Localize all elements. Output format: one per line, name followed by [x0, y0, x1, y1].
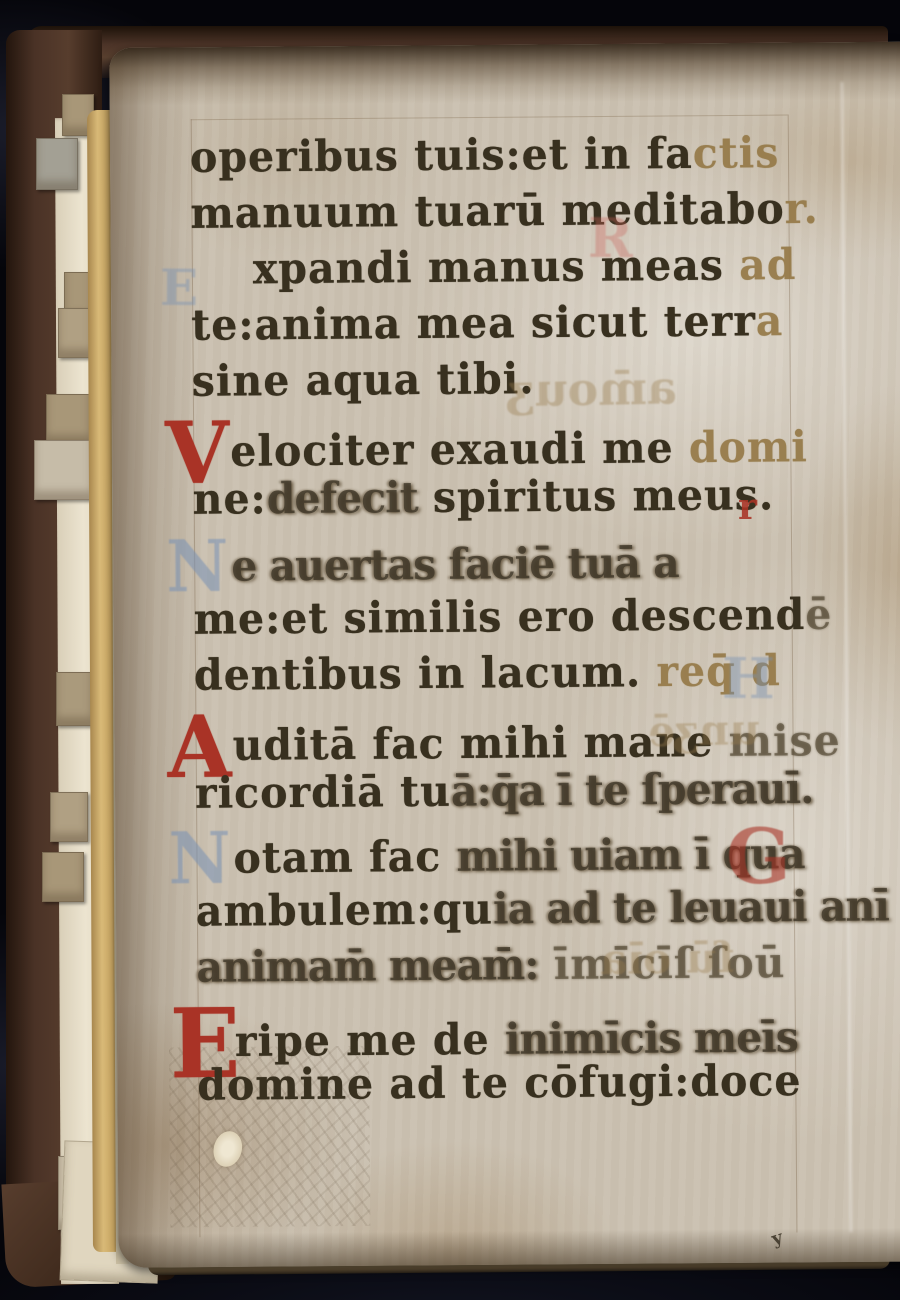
text-segment: ambulem:qu — [196, 884, 493, 936]
text-segment: īmīcīſ ſoū — [538, 938, 785, 990]
manuscript-text-line: manuum tuarū meditabor. — [190, 179, 830, 242]
manuscript-text-line: Ne auertas faciē tuā a — [193, 529, 833, 592]
text-segment: animam̄ meam̄: — [196, 940, 538, 993]
manuscript-text-line: animam̄ meam̄: īmīcīſ ſoū — [196, 933, 836, 996]
text-segment: e auertas faciē tuā a — [231, 538, 679, 591]
manuscript-text-line: sine aqua tibi. — [192, 347, 832, 410]
manuscript-text-line: ne:defecit spiritus meus. — [192, 465, 832, 528]
manuscript-text-line: te:anima mea sicut terra — [191, 291, 831, 354]
bottom-edge-shadow — [118, 1228, 900, 1268]
text-segment: otam fac — [233, 831, 456, 883]
parchment-tab — [58, 308, 92, 358]
manuscript-photo-scene: operibus tuis:et in factismanuum tuarū m… — [0, 0, 900, 1300]
text-segment: domine ad te cōfugi:doce — [197, 1056, 802, 1111]
manuscript-text-line: ricordiā tuā:q̄a ī te ſperauī. — [195, 759, 835, 822]
manuscript-text-line: Notam fac mihi uiam ī qua — [195, 821, 835, 884]
text-segment: req̄ d — [641, 646, 781, 697]
parchment-tab — [34, 440, 92, 500]
parchment-tab — [46, 394, 90, 444]
parchment-tab — [36, 138, 78, 190]
manuscript-text-line: Eripe me de inimīcis meīs — [197, 995, 837, 1058]
manuscript-page: operibus tuis:et in factismanuum tuarū m… — [109, 42, 900, 1268]
text-segment: me:et similis ero descend — [193, 589, 805, 644]
manuscript-text-line: domine ad te cōfugi:doce — [197, 1051, 837, 1114]
text-segment: r. — [784, 183, 819, 233]
text-segment: ad — [739, 240, 797, 290]
text-segment: dentibus in lacum. — [194, 647, 642, 700]
parchment-tab — [50, 792, 88, 842]
manuscript-text-line: me:et similis ero descendē — [193, 585, 833, 648]
text-segment: a — [756, 296, 784, 346]
manuscript-text-line: xpandi manus meas ad — [191, 235, 831, 298]
manuscript-text-line: ambulem:quia ad te leuaui anī — [196, 877, 836, 940]
manuscript-text-line: Auditā fac mihi mane mise — [194, 703, 834, 766]
text-segment: xpandi manus meas — [253, 240, 740, 294]
manuscript-text-line: dentibus in lacum. req̄ d — [194, 641, 834, 704]
text-segment: ē — [805, 589, 832, 639]
illuminated-initial: N — [168, 836, 230, 882]
text-segment: ricordiā tu — [195, 766, 451, 818]
text-segment: defecit — [267, 473, 418, 524]
text-segment: ctis — [693, 128, 780, 179]
text-block: operibus tuis:et in factismanuum tuarū m… — [190, 124, 838, 1113]
text-segment: operibus tuis:et in fa — [190, 128, 693, 182]
text-segment: spiritus meus. — [417, 470, 774, 523]
text-segment: mihi uiam ī qua — [456, 829, 805, 882]
manuscript-text-line: operibus tuis:et in factis — [190, 123, 830, 186]
manuscript-text-line: Velociter exaudi me domi — [192, 409, 832, 472]
text-segment: te:anima mea sicut terr — [191, 296, 756, 350]
text-segment: manuum tuarū meditabo — [190, 184, 785, 239]
text-segment: ā:q̄a ī te ſperauī. — [451, 763, 814, 816]
illuminated-initial: N — [166, 544, 228, 590]
parchment-tab — [42, 852, 84, 902]
parchment-tab — [56, 672, 92, 726]
text-segment: sine aqua tibi. — [192, 354, 535, 407]
top-edge-grime — [109, 42, 900, 106]
text-segment: ne: — [192, 474, 266, 524]
text-segment: ia ad te leuaui anī — [493, 881, 889, 934]
